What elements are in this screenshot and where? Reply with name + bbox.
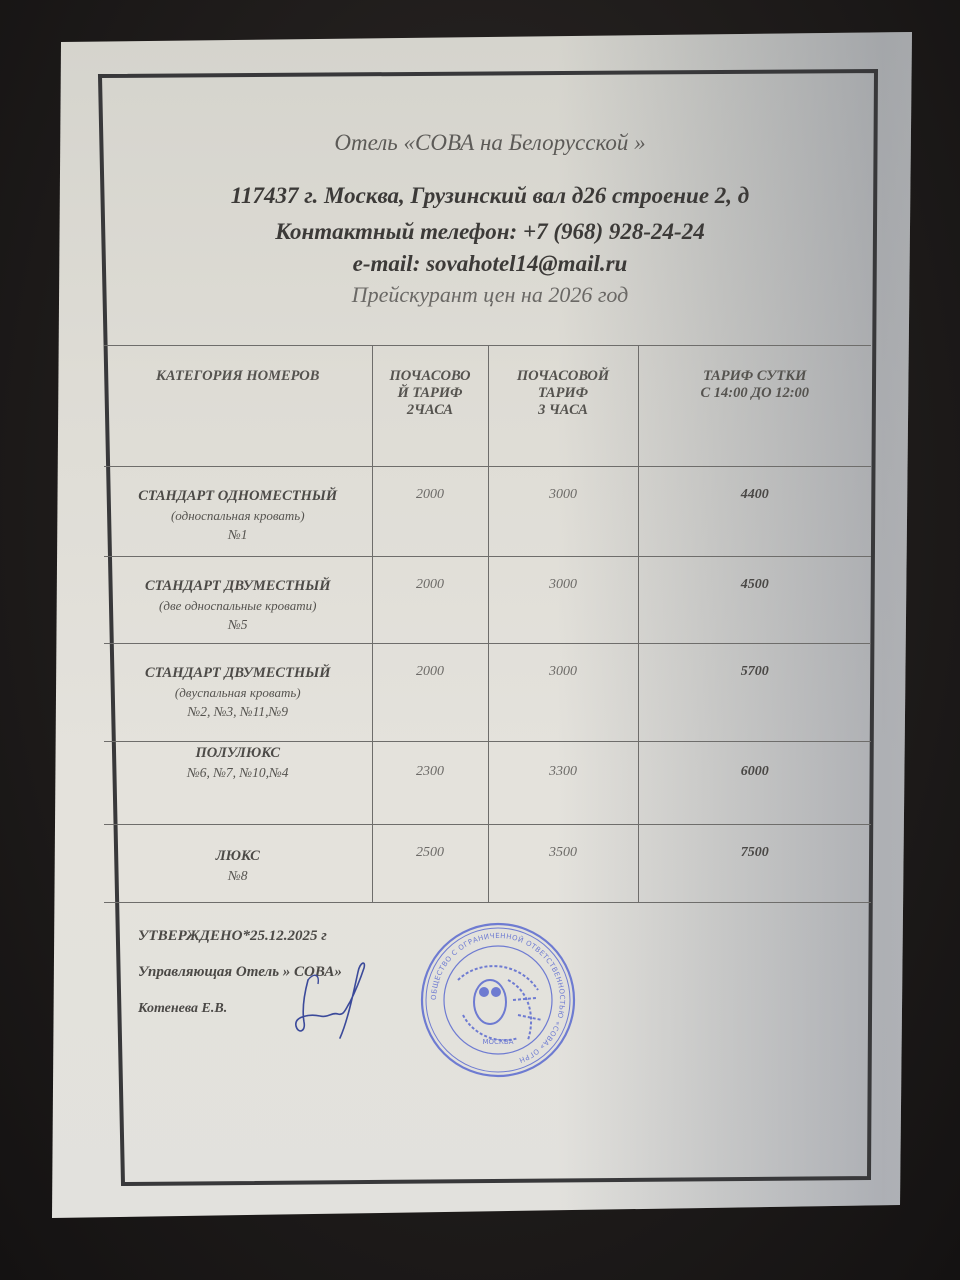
table-row: СТАНДАРТ ДВУМЕСТНЫЙ (двуспальная кровать… <box>104 644 871 742</box>
table-row: ПОЛУЛЮКС №6, №7, №10,№4 2300 3300 6000 <box>104 742 871 825</box>
price-daily: 4400 <box>638 467 871 557</box>
room-category: СТАНДАРТ ОДНОМЕСТНЫЙ (односпальная крова… <box>104 467 372 557</box>
price-hourly-2h: 2000 <box>372 644 488 742</box>
price-daily: 4500 <box>638 557 871 644</box>
company-stamp: ОБЩЕСТВО С ОГРАНИЧЕННОЙ ОТВЕТСТВЕННОСТЬЮ… <box>418 920 578 1080</box>
price-hourly-3h: 3000 <box>488 557 638 644</box>
signature-mark <box>290 950 370 1040</box>
price-daily: 7500 <box>638 825 871 903</box>
table-row: ЛЮКС №8 2500 3500 7500 <box>104 825 871 903</box>
manager-name: Котенева Е.В. <box>138 1001 227 1017</box>
stamp-city: МОСКВА <box>483 1038 514 1046</box>
hotel-address: 117437 г. Москва, Грузинский вал д26 стр… <box>110 183 870 209</box>
contact-email: e-mail: sovahotel14@mail.ru <box>110 251 870 277</box>
price-hourly-3h: 3000 <box>488 467 638 557</box>
approval-date: УТВЕРЖДЕНО*25.12.2025 г <box>138 928 327 945</box>
price-hourly-3h: 3000 <box>488 644 638 742</box>
room-category: ЛЮКС №8 <box>104 825 372 903</box>
price-hourly-2h: 2300 <box>372 742 488 825</box>
hotel-title: Отель «СОВА на Белорусской » <box>110 130 870 156</box>
price-daily: 5700 <box>638 644 871 742</box>
header-hourly-3h: ПОЧАСОВОЙТАРИФ3 ЧАСА <box>488 346 638 467</box>
price-hourly-2h: 2000 <box>372 557 488 644</box>
price-hourly-3h: 3500 <box>488 825 638 903</box>
price-hourly-2h: 2500 <box>372 825 488 903</box>
header-daily: ТАРИФ СУТКИС 14:00 ДО 12:00 <box>638 346 871 467</box>
table-row: СТАНДАРТ ДВУМЕСТНЫЙ (две односпальные кр… <box>104 557 871 644</box>
price-table: КАТЕГОРИЯ НОМЕРОВ ПОЧАСОВОЙ ТАРИФ2ЧАСА П… <box>104 345 871 903</box>
room-category: СТАНДАРТ ДВУМЕСТНЫЙ (двуспальная кровать… <box>104 644 372 742</box>
header-category: КАТЕГОРИЯ НОМЕРОВ <box>104 346 372 467</box>
room-category: ПОЛУЛЮКС №6, №7, №10,№4 <box>104 742 372 825</box>
room-category: СТАНДАРТ ДВУМЕСТНЫЙ (две односпальные кр… <box>104 557 372 644</box>
table-row: СТАНДАРТ ОДНОМЕСТНЫЙ (односпальная крова… <box>104 467 871 557</box>
owl-emblem-icon <box>458 966 542 1040</box>
price-hourly-2h: 2000 <box>372 467 488 557</box>
price-hourly-3h: 3300 <box>488 742 638 825</box>
header-hourly-2h: ПОЧАСОВОЙ ТАРИФ2ЧАСА <box>372 346 488 467</box>
price-daily: 6000 <box>638 742 871 825</box>
table-header-row: КАТЕГОРИЯ НОМЕРОВ ПОЧАСОВОЙ ТАРИФ2ЧАСА П… <box>104 346 871 467</box>
contact-phone: Контактный телефон: +7 (968) 928-24-24 <box>110 219 870 245</box>
price-list-title: Прейскурант цен на 2026 год <box>110 282 870 308</box>
